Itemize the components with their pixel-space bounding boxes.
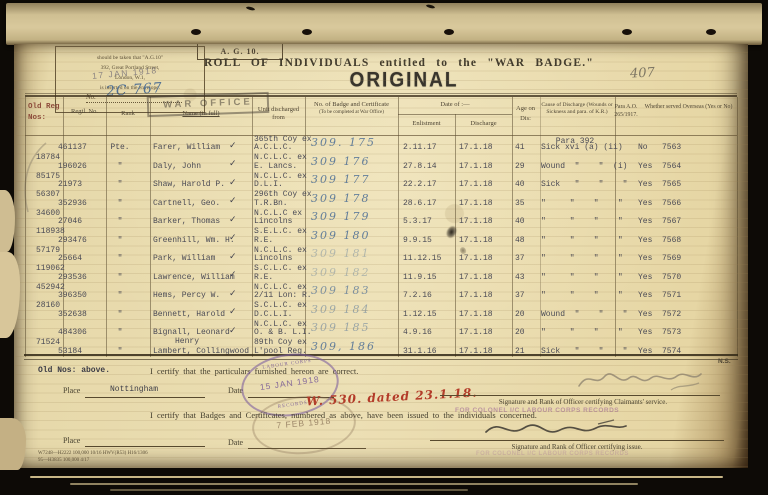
badge-header-main: No. of Badge and Certificate [314,101,389,108]
table-row: 484306"Bignall, LeonardHenry✓N.C.L.C. ex… [25,320,737,339]
unit-line2: Lincolns [254,217,292,226]
discharge-date: 17.1.18 [459,162,493,171]
regtl-no: 461137 [58,143,87,152]
regtl-no: 293536 [58,273,87,282]
col-header-para: Para A.O. 265/1917. [612,104,640,119]
check-icon: ✓ [229,308,237,317]
torn-paper-edge [0,418,26,470]
page-top-fold [6,3,762,45]
age-on-discharge: 41 [515,143,525,152]
page-stack-edge [110,489,468,491]
cause-of-discharge: " " " " [541,328,623,337]
old-reg-no: 71524 [36,338,60,347]
unit-line2: D.L.I. [254,180,283,189]
old-reg-no: 34600 [36,209,60,218]
cause-of-discharge: " " " " [541,291,623,300]
badge-no: 309, 186 [311,342,376,351]
check-icon: ✓ [229,197,237,206]
badge-no: 309 183 [311,286,371,295]
overseas-answer: Yes [638,180,652,189]
cert-no: 7568 [662,236,681,245]
enlistment-date: 28.6.17 [403,199,437,208]
enlistment-date: 9.9.15 [403,236,432,245]
regtl-no: 25664 [58,254,82,263]
date-underline-2 [248,448,366,449]
check-icon: ✓ [229,271,237,280]
cert-no: 7567 [662,217,681,226]
place-underline-2 [85,446,205,447]
age-on-discharge: 35 [515,199,525,208]
ns-mark: N.S. [718,358,731,365]
cause-of-discharge: " " " " [541,254,623,263]
check-icon: ✓ [229,142,237,151]
table-row: 452942396350"Hems, Percy W.✓N.C.L.C. ex2… [25,283,737,302]
badge-no: 309 177 [311,175,371,184]
overseas-answer: Yes [638,291,652,300]
regtl-no: 396350 [58,291,87,300]
rank: " [109,217,131,226]
age-on-discharge: 43 [515,273,525,282]
table-row: 118938293476"Greenhill, Wm. H.✓S.E.L.C. … [25,228,737,247]
age-on-discharge: 20 [515,328,525,337]
discharge-date: 17.1.18 [459,273,493,282]
age-on-discharge: 37 [515,291,525,300]
cause-of-discharge: " " " " [541,273,623,282]
cause-of-discharge: Wound " " " [541,310,627,319]
rank: " [109,310,131,319]
roll-table: Old Reg Nos: Regtl. No. Rank Name (in fu… [25,95,737,357]
cert-no: 7563 [662,143,681,152]
binder-hole [302,29,312,35]
cause-of-discharge: " " " " [541,217,623,226]
check-icon: ✓ [229,234,237,243]
badge-no: 309 185 [311,323,371,332]
printer-codes: W7248—H2222 100,000 10/16 HWV(R53) H16/1… [38,450,148,464]
overseas-answer: Yes [638,162,652,171]
col-header-cause: Cause of Discharge (Wounds or Sickness a… [540,102,614,117]
name: Barker, Thomas [153,217,220,226]
cause-of-discharge: Sick " " " [541,347,627,356]
signature-underline [440,395,720,396]
overseas-answer: Yes [638,199,652,208]
table-row: 56307352936"Cartnell, Geo.✓296th Coy exT… [25,191,737,210]
place-label: Place [63,386,80,395]
overseas-answer: Yes [638,236,652,245]
check-icon: ✓ [229,179,237,188]
date-stamp-15-jan: 15 JAN 1918 [242,372,336,395]
age-on-discharge: 21 [515,347,525,356]
discharge-date: 17.1.18 [459,180,493,189]
enlistment-date: 22.2.17 [403,180,437,189]
name: Park, William [153,254,215,263]
overseas-answer: Yes [638,347,652,356]
unit-line2: R.E. [254,236,273,245]
certify-badges-text: I certify that Badges and Certificates, … [150,410,537,420]
old-reg-no: 85175 [36,172,60,181]
cert-no: 7565 [662,180,681,189]
discharge-date: 17.1.18 [459,310,493,319]
binder-hole [706,29,716,35]
war-office-stamp: WAR OFFICE [147,92,270,117]
unit-line2: O. & B. L.I. [254,328,312,337]
unit-line2: T.R.Bn. [254,199,288,208]
ink-mark [246,6,255,11]
check-icon: ✓ [229,290,237,299]
cause-of-discharge: Sick xvi (a) (ii) [541,143,623,152]
regtl-no: 53184 [58,347,82,356]
badge-no: 309 180 [311,231,371,240]
printer-code-line: 95—H3835 100,000 4/17 [38,457,148,464]
name: Shaw, Harold P. [153,180,225,189]
unit-line2: R.E. [254,273,273,282]
rank: " [109,254,131,263]
unit-line2: D.C.L.I. [254,310,292,319]
column-divider [737,97,738,357]
rank: " [109,328,131,337]
regtl-no: 484306 [58,328,87,337]
col-header-enlistment: Enlistment [398,120,455,128]
badge-no: 309 176 [311,157,371,166]
discharge-date: 17.1.18 [459,254,493,263]
regtl-no: 352936 [58,199,87,208]
enlistment-date: 2.11.17 [403,143,437,152]
cert-no: 7564 [662,162,681,171]
unit-line2: E. Lancs. [254,162,297,171]
badge-header-sub: (To be completed at War Office) [307,110,396,117]
old-reg-no: 28160 [36,301,60,310]
discharge-date: 17.1.18 [459,143,493,152]
cert-no: 7571 [662,291,681,300]
discharge-date: 17.1.18 [459,217,493,226]
rank: " [109,180,131,189]
torn-paper-edge [0,190,15,252]
badge-no: 309 181 [311,249,371,258]
regtl-no: 27046 [58,217,82,226]
table-row: 18784196026"Daly, John✓N.C.L.C. exE. Lan… [25,154,737,173]
discharge-date: 17.1.18 [459,236,493,245]
signature-service-caption: Signature and Rank of Officer certifying… [445,398,721,406]
regtl-no: 196026 [58,162,87,171]
check-icon: ✓ [229,216,237,225]
badge-no: 309 184 [311,305,371,314]
regtl-no: 293476 [58,236,87,245]
cert-no: 7569 [662,254,681,263]
check-icon: ✓ [229,253,237,262]
table-body: 461137Pte.Farer, William✓365th Coy exA.C… [25,135,737,357]
discharge-date: 17.1.18 [459,199,493,208]
name: Hems, Percy W. [153,291,220,300]
place-underline [85,397,205,398]
ink-mark [426,4,435,9]
enlistment-date: 31.1.16 [403,347,437,356]
cause-of-discharge: " " " " [541,236,623,245]
binder-hole [191,29,201,35]
place-label-2: Place [63,436,80,445]
overseas-answer: Yes [638,217,652,226]
old-nos-note: Old Nos: above. [38,366,110,375]
name: Bignall, Leonard [153,328,230,337]
table-row: 8517521973"Shaw, Harold P.✓N.C.L.C. exD.… [25,172,737,191]
signature-issue-caption: Signature and Rank of Officer certifying… [434,443,720,451]
date-label-2: Date [228,438,243,447]
discharge-date: 17.1.18 [459,328,493,337]
overseas-answer: Yes [638,254,652,263]
original-stamp: ORIGINAL [294,69,514,94]
unit-line2: A.C.L.C. [254,143,292,152]
name: Daly, John [153,162,201,171]
col-header-old-reg: Old Reg Nos: [28,102,62,123]
signature-underline-2 [430,440,724,441]
overseas-answer: Yes [638,273,652,282]
check-icon: ✓ [229,327,237,336]
cause-of-discharge: " " " " [541,199,623,208]
enlistment-date: 11.9.15 [403,273,437,282]
age-on-discharge: 29 [515,162,525,171]
page-number-pencil: 407 [630,65,656,81]
col-header-badge: No. of Badge and Certificate (To be comp… [307,101,396,117]
page-stack-edge [30,476,723,478]
name: Lambert, Collingwood [153,347,249,356]
cert-no: 7570 [662,273,681,282]
faint-colonel-stamp: FOR COLONEL I/C LABOUR CORPS RECORDS [476,451,676,457]
old-reg-no: 18784 [36,153,60,162]
badge-no: 309 182 [311,268,371,277]
page-title: ROLL OF INDIVIDUALS entitled to the "WAR… [174,57,624,69]
enlistment-date: 7.2.16 [403,291,432,300]
col-header-regtl-no: Regtl. No. [63,108,106,116]
table-row: 7152453184"Lambert, Collingwood89th Coy … [25,339,737,358]
service-officer-signature [575,366,709,394]
age-on-discharge: 40 [515,180,525,189]
ledger-page: should be taken that "A.G.10" 392, Great… [14,44,748,468]
issue-officer-signature [480,416,632,442]
binder-hole [622,29,632,35]
age-on-discharge: 40 [515,217,525,226]
rank: " [109,291,131,300]
cert-no: 7573 [662,328,681,337]
overseas-answer: Yes [638,328,652,337]
name: Greenhill, Wm. H. [153,236,235,245]
unit-line2: Lincolns [254,254,292,263]
col-header-overseas: Whether served Overseas (Yes or No) [641,104,736,112]
table-row: 28160352638"Bennett, Harold✓S.C.L.C. exD… [25,302,737,321]
col-header-date-of: Date of :— [398,101,512,109]
regtl-no: 352638 [58,310,87,319]
name: Lawrence, William [153,273,235,282]
page-stack-edge [70,483,638,485]
printer-code-line: W7248—H2222 100,000 10/16 HWV(R53) H16/1… [38,450,148,457]
discharge-date: 17.1.18 [459,347,493,356]
regtl-no: 21973 [58,180,82,189]
age-on-discharge: 20 [515,310,525,319]
rank: " [109,199,131,208]
enlistment-date: 5.3.17 [403,217,432,226]
photographed-ledger: should be taken that "A.G.10" 392, Great… [0,0,768,495]
cause-of-discharge: Wound " " (i) [541,162,627,171]
place-value: Nottingham [110,385,158,394]
badge-no: 309. 175 [311,138,376,147]
enlistment-date: 11.12.15 [403,254,441,263]
table-row: 5717925664"Park, William✓N.C.L.C. exLinc… [25,246,737,265]
discharge-date: 17.1.18 [459,291,493,300]
rank: " [109,236,131,245]
name: Farer, William [153,143,220,152]
table-row: 3460027046"Barker, Thomas✓N.C.L.C exLinc… [25,209,737,228]
enlistment-date: 4.9.16 [403,328,432,337]
binder-hole [444,29,454,35]
age-on-discharge: 37 [515,254,525,263]
overseas-answer: No [638,143,648,152]
rank: " [109,347,131,356]
enlistment-date: 27.8.14 [403,162,437,171]
cause-of-discharge: Sick " " " [541,180,627,189]
table-row: 119062293536"Lawrence, William✓S.C.L.C. … [25,265,737,284]
rank: " [109,162,131,171]
col-header-discharge: Discharge [455,120,512,128]
cert-no: 7572 [662,310,681,319]
date-subheader-rule [398,114,512,115]
rank: Pte. [109,143,131,152]
col-header-rank: Rank [106,110,150,118]
age-on-discharge: 48 [515,236,525,245]
table-row: 461137Pte.Farer, William✓365th Coy exA.C… [25,135,737,154]
name: Bennett, Harold [153,310,225,319]
old-reg-no: 56307 [36,190,60,199]
old-reg-no: 57179 [36,246,60,255]
col-header-age: Age on Dis: [512,104,539,124]
enlistment-date: 1.12.15 [403,310,437,319]
cert-no: 7566 [662,199,681,208]
unit-line2: 2/11 Lon: R. [254,291,312,300]
rank: " [109,273,131,282]
check-icon: ✓ [229,160,237,169]
name: Cartnell, Geo. [153,199,220,208]
badge-no: 309 178 [311,194,371,203]
badge-no: 309 179 [311,212,371,221]
cert-no: 7574 [662,347,681,356]
overseas-answer: Yes [638,310,652,319]
